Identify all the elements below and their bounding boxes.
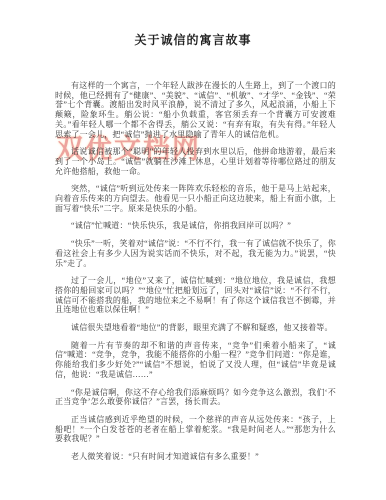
paragraph: 老人微笑着说：“只有时间才知道诚信有多么重要！”	[55, 452, 336, 462]
body-paragraphs: 有这样的一个寓言，一个年轻人跋涉在漫长的人生路上，到了一个渡口的时候，他已经拥有…	[55, 81, 336, 470]
paragraph: “你是诚信啊，你这不存心给我们添麻烦吗？如今竞争这么激烈，我们‘不正当竞争’怎么…	[55, 388, 336, 407]
paragraph: “诚信”忙喊道：“快乐快乐，我是诚信，你捎我回岸可以吗？”	[55, 221, 336, 231]
paragraph: 诚信很失望地看着“地位”的背影，眼里充满了不解和疑惑，他又接着等。	[55, 323, 336, 333]
paragraph: “快乐”一听，笑着对“诚信”说：“不行不行，我一有了诚信就不快乐了，你看这社会上…	[55, 239, 336, 268]
paragraph: 随着一片有节奏的却不和谐的声音传来，“竞争”们乘着小船来了，“诚信”喊道：“竞争…	[55, 341, 336, 380]
paragraph: 过了一会儿，“地位”又来了，诚信忙喊到：“地位地位，我是诚信，我想搭你的船回家可…	[55, 276, 336, 315]
paragraph: 有这样的一个寓言，一个年轻人跋涉在漫长的人生路上，到了一个渡口的时候，他已经拥有…	[55, 81, 336, 139]
paragraph: 突然，“诚信”听到远处传来一阵阵欢乐轻松的音乐，他于是马上站起来，向着音乐传来的…	[55, 184, 336, 213]
document-page: 双优文档网 关于诚信的寓言故事 有这样的一个寓言，一个年轻人跋涉在漫长的人生路上…	[0, 0, 386, 500]
paragraph: 正当诚信感到近乎绝望的时候，一个慈祥的声音从远处传来：“孩子，上船吧！”一个白发…	[55, 415, 336, 444]
page-title: 关于诚信的寓言故事	[0, 0, 386, 48]
paragraph: 话说诚信被那个“聪明”的年轻人投弃到水里以后，他拼命地游着，最后来到了一个小岛上…	[55, 147, 336, 176]
